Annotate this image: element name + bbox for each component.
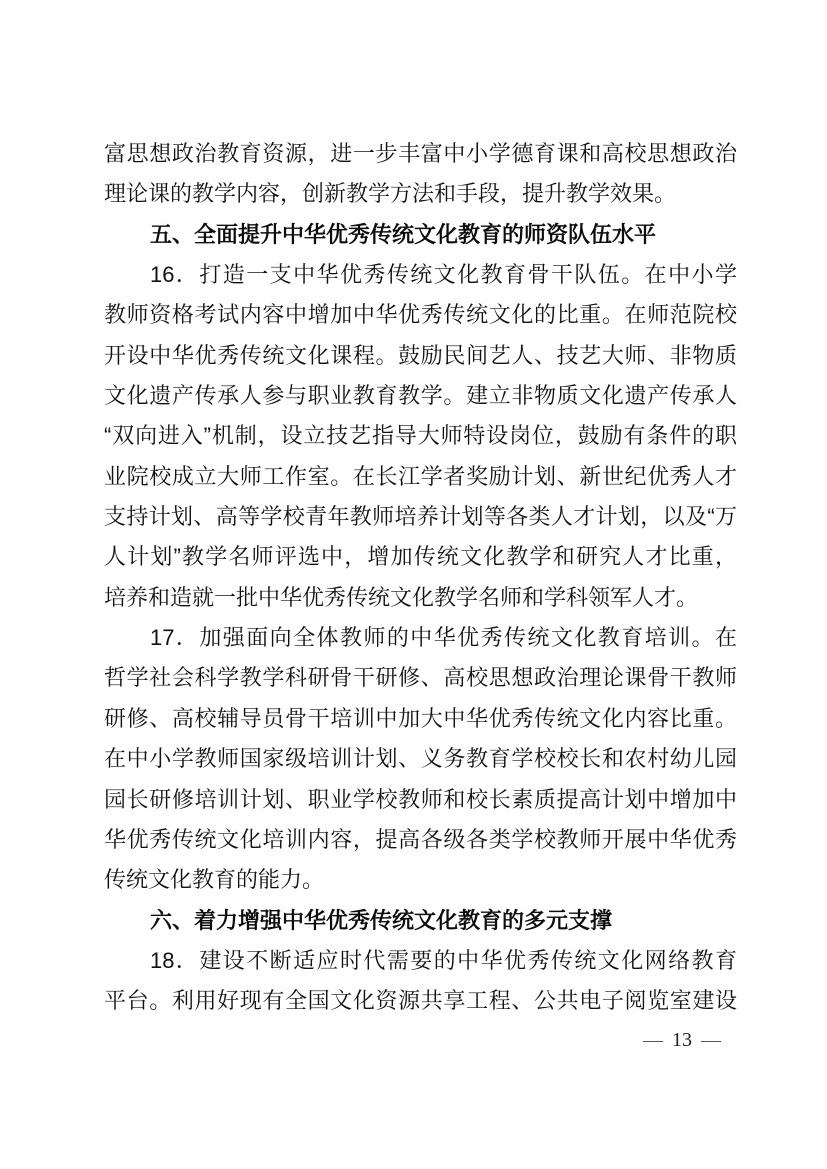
text-line: 华优秀传统文化培训内容，提高各级各类学校教师开展中华优秀 [104,820,737,860]
section-heading: 六、着力增强中华优秀传统文化教育的多元支撑 [104,901,737,941]
text-line: 17．加强面向全体教师的中华优秀传统文化教育培训。在 [104,618,737,658]
text-line: 理论课的教学内容，创新教学方法和手段，提升教学效果。 [104,174,737,214]
page-number-right-dash: — [701,1028,721,1052]
text-line: 平台。利用好现有全国文化资源共享工程、公共电子阅览室建设 [104,981,737,1021]
text-line: 培养和造就一批中华优秀传统文化教学名师和学科领军人才。 [104,578,737,618]
text-line: 传统文化教育的能力。 [104,860,737,900]
text-line: 教师资格考试内容中增加中华优秀传统文化的比重。在师范院校 [104,295,737,335]
text-line: 开设中华优秀传统文化课程。鼓励民间艺人、技艺大师、非物质 [104,336,737,376]
text-line: 哲学社会科学教学科研骨干研修、高校思想政治理论课骨干教师 [104,658,737,698]
text-line: 富思想政治教育资源，进一步丰富中小学德育课和高校思想政治 [104,134,737,174]
text-line: 业院校成立大师工作室。在长江学者奖励计划、新世纪优秀人才 [104,457,737,497]
page-number: — 13 — [643,1028,721,1052]
text-line: 18．建设不断适应时代需要的中华优秀传统文化网络教育 [104,941,737,981]
text-line: 在中小学教师国家级培训计划、义务教育学校校长和农村幼儿园 [104,739,737,779]
text-line: 人计划”教学名师评选中，增加传统文化教学和研究人才比重， [104,537,737,577]
text-line: “双向进入”机制，设立技艺指导大师特设岗位，鼓励有条件的职 [104,416,737,456]
text-line: 16．打造一支中华优秀传统文化教育骨干队伍。在中小学 [104,255,737,295]
page-number-left-dash: — [643,1028,663,1052]
section-heading: 五、全面提升中华优秀传统文化教育的师资队伍水平 [104,215,737,255]
page-number-value: 13 [672,1028,692,1052]
text-line: 研修、高校辅导员骨干培训中加大中华优秀传统文化内容比重。 [104,699,737,739]
text-line: 文化遗产传承人参与职业教育教学。建立非物质文化遗产传承人 [104,376,737,416]
text-line: 园长研修培训计划、职业学校教师和校长素质提高计划中增加中 [104,780,737,820]
text-block: 富思想政治教育资源，进一步丰富中小学德育课和高校思想政治理论课的教学内容，创新教… [104,134,737,1022]
document-page: 富思想政治教育资源，进一步丰富中小学德育课和高校思想政治理论课的教学内容，创新教… [0,0,827,1169]
text-line: 支持计划、高等学校青年教师培养计划等各类人才计划，以及“万 [104,497,737,537]
